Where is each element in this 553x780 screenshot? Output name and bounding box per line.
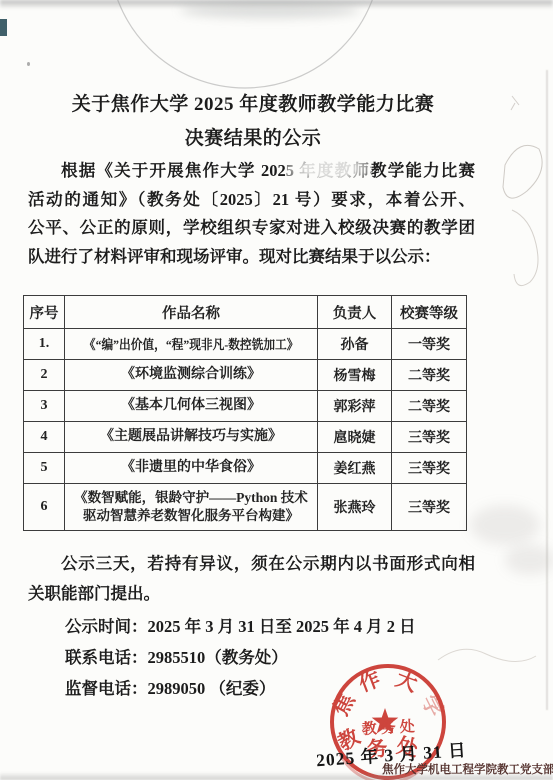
cell-leader: 孙备: [318, 329, 392, 360]
cell-work: 《非遗里的中华食俗》: [65, 453, 318, 484]
pencil-doodle: [438, 649, 536, 661]
objection-paragraph: 公示三天，若持有异议，须在公示期内以书面形式向相 关职能部门提出。: [28, 549, 475, 608]
publicity-period-line: 公示时间：2025 年 3 月 31 日至 2025 年 4 月 2 日: [65, 611, 416, 642]
header-leader: 负责人: [318, 296, 392, 329]
header-work: 作品名称: [65, 296, 318, 329]
cell-award: 一等奖: [392, 329, 467, 360]
cell-work: 《数智赋能，银龄守护——Python 技术驱动智慧养老数智化服务平台构建》: [65, 484, 318, 531]
cell-award: 三等奖: [392, 422, 467, 453]
table-row: 3 《基本几何体三视图》 郭彩萍 二等奖: [24, 391, 467, 422]
cell-work: 《“编”出价值，“程”现非凡-数控铣加工》: [65, 329, 318, 360]
title-line-2: 决赛结果的公示: [28, 122, 478, 156]
paragraph-line: 活动的通知》（教务处〔2025〕21 号）要求，本着公开、: [28, 186, 475, 215]
scan-speck: [27, 62, 30, 66]
table-header-row: 序号 作品名称 负责人 校赛等级: [24, 296, 467, 329]
paragraph-line: 根据《关于开展焦作大学 2025 年度教师教学能力比赛: [28, 157, 475, 186]
seal-arc-char: 作: [355, 666, 383, 696]
cell-leader: 杨雪梅: [318, 360, 392, 391]
crumple-shadow: [505, 545, 553, 575]
cell-award: 二等奖: [392, 391, 467, 422]
scan-top-smudge: [180, 3, 360, 18]
cell-award: 二等奖: [392, 360, 467, 391]
page-title: 关于焦作大学 2025 年度教师教学能力比赛 决赛结果的公示: [28, 88, 478, 156]
table-row: 4 《主题展品讲解技巧与实施》 扈晓婕 三等奖: [24, 422, 467, 453]
cell-no: 2: [24, 360, 65, 391]
scan-bottom-shadow: [0, 772, 553, 780]
pencil-doodle: [511, 96, 519, 110]
paragraph-line: 队进行了材料评审和现场评审。现对比赛结果于以公示：: [28, 243, 475, 272]
cell-no: 3: [24, 391, 65, 422]
cell-no: 5: [24, 453, 65, 484]
cell-leader: 姜红燕: [318, 453, 392, 484]
work-title: 《“编”出价值，“程”现非凡-数控铣加工》: [84, 334, 299, 353]
cell-leader: 郭彩萍: [318, 391, 392, 422]
header-award: 校赛等级: [392, 296, 467, 329]
scan-fade-overlay: [286, 155, 372, 182]
cell-no: 6: [24, 484, 65, 531]
cell-work: 《基本几何体三视图》: [65, 391, 318, 422]
cell-no: 4: [24, 422, 65, 453]
scanned-announcement-page: 关于焦作大学 2025 年度教师教学能力比赛 决赛结果的公示 根据《关于开展焦作…: [0, 0, 553, 780]
table-row: 6 《数智赋能，银龄守护——Python 技术驱动智慧养老数智化服务平台构建》 …: [24, 484, 467, 531]
seal-arc-char: 大: [392, 666, 420, 696]
header-no: 序号: [24, 296, 65, 329]
table-row: 2 《环境监测综合训练》 杨雪梅 二等奖: [24, 360, 467, 391]
crumple-shadow: [470, 505, 540, 545]
pencil-doodle: [512, 210, 538, 286]
cell-award: 三等奖: [392, 484, 467, 531]
cell-work: 《环境监测综合训练》: [65, 360, 318, 391]
pencil-doodle: [503, 145, 542, 198]
cell-work: 《主题展品讲解技巧与实施》: [65, 422, 318, 453]
scan-corner-mark: [0, 19, 7, 36]
paragraph-line: 公示三天，若持有异议，须在公示期内以书面形式向相: [28, 549, 475, 579]
title-line-1: 关于焦作大学 2025 年度教师教学能力比赛: [28, 88, 478, 122]
cell-leader: 扈晓婕: [318, 422, 392, 453]
paragraph-line: 公平、公正的原则，学校组织专家对进入校级决赛的教学团: [28, 214, 475, 243]
results-table: 序号 作品名称 负责人 校赛等级 1. 《“编”出价值，“程”现非凡-数控铣加工…: [23, 295, 467, 531]
paragraph-line: 关职能部门提出。: [28, 579, 475, 609]
intro-paragraph: 根据《关于开展焦作大学 2025 年度教师教学能力比赛 活动的通知》（教务处〔2…: [28, 157, 475, 271]
scan-fold-line: [546, 70, 548, 710]
table-row: 5 《非遗里的中华食俗》 姜红燕 三等奖: [24, 453, 467, 484]
cell-no: 1.: [24, 329, 65, 360]
cell-award: 三等奖: [392, 453, 467, 484]
table-row: 1. 《“编”出价值，“程”现非凡-数控铣加工》 孙备 一等奖: [24, 329, 467, 360]
cell-leader: 张燕玲: [318, 484, 392, 531]
